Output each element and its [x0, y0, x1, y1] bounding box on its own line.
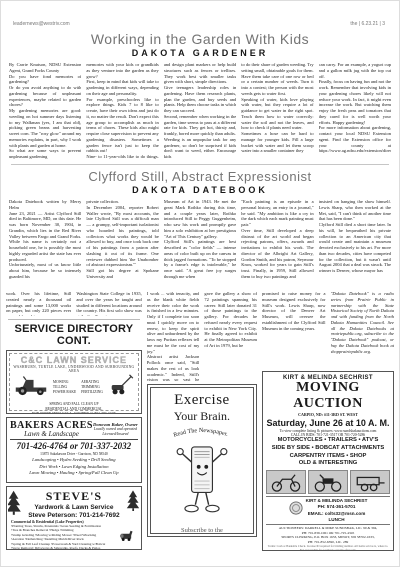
article2-column-4: "Each painting is an episode in a person…: [241, 199, 313, 289]
bakers-phones: 701-426-4764 or 701-337-2032: [10, 441, 138, 451]
exercise-subscribe-text: Subscribe to the Leader-News call 462-81…: [151, 526, 253, 537]
article2-cont-mid-2: gave the gallery a show of 72 paintings …: [204, 291, 257, 384]
article1-column-2: memories with your kids or grandkids as …: [86, 62, 158, 159]
auction-contact-text: KIRT & MELINDA SECHRIST PH: 574-361-5701…: [306, 498, 368, 523]
article-divider-rule: [11, 164, 389, 165]
article2-cont-left-1: work. Over his lifetime, Still created n…: [6, 291, 71, 316]
bakers-logo-sub: Lawn & Landscape: [10, 430, 93, 438]
auction-terms: Terms: Cash or Bankable Check. License I…: [266, 545, 390, 551]
masthead-email: leadernews@westriv.com: [13, 21, 70, 27]
ad-cc-lawn-service: C&C LAWN SERVICE WASHBURN, TURTLE LAKE, …: [6, 350, 142, 414]
exercise-inner: Exercise Your Brain. Read The Newspaper.: [150, 387, 254, 534]
service-directory-heading: SERVICE DIRECTORY CONT.: [6, 323, 142, 347]
article2-columns: Dakota Datebook written by Merry Helm Ju…: [1, 199, 399, 289]
article2-column-1: Dakota Datebook written by Merry Helm Ju…: [9, 199, 81, 289]
auction-datetime: Saturday, June 26 at 10 A. M.: [266, 418, 390, 428]
bakers-services: Landscaping • Hydro Seeding • Drill Seed…: [10, 457, 138, 477]
auction-seal-icon: [289, 501, 303, 520]
article2-cont-right: promised to raise money for a museum des…: [262, 291, 326, 371]
article1-column-5: can carry. For an example, a yogurt cup …: [319, 62, 391, 159]
cc-lawn-services-right: AERATING TRIMMING FERTILIZING: [81, 380, 103, 395]
auction-item-line: CARPENTRY ITEMS • SHOP: [266, 453, 390, 461]
bakers-logo: BAKERS ACRES Lawn & Landscape: [10, 420, 93, 438]
auction-auctioneers-info: AUCTIONEERS: DARRELL & MIKE SUNDSBAK, LI…: [266, 524, 390, 544]
ad-exercise-your-brain: Exercise Your Brain. Read The Newspaper.: [147, 384, 257, 537]
motorcycle-photo: [308, 470, 348, 494]
motorcycle-photo: [266, 470, 306, 494]
pine-trees-icon: [8, 489, 24, 520]
article2-continuation-left: work. Over his lifetime, Still created n…: [6, 291, 142, 316]
cc-lawn-services-left: MOWING TILLING POWER RAKE: [53, 380, 76, 395]
article1-kicker: DAKOTA GARDENER: [1, 48, 399, 58]
service-directory-rule: [8, 319, 140, 320]
snowblower-icon: [119, 528, 139, 546]
steves-service-line: •Snow Removal: Driveways & Sidewalks, Ro…: [11, 546, 139, 550]
riding-mower-icon: [14, 374, 48, 401]
bottom-section: work. Over his lifetime, Still created n…: [1, 289, 399, 554]
article1-columns: By Carrie Knutson, NDSU Extension Agent,…: [1, 62, 399, 159]
ad-cc-inner: C&C LAWN SERVICE WASHBURN, TURTLE LAKE, …: [9, 353, 139, 411]
article2-continuation-right: promised to raise money for a museum des…: [262, 291, 394, 371]
bakers-owner-block: Donovan Baker, Owner Locally owned and o…: [93, 422, 138, 436]
auction-contact-email: EMAIL: colts32@msn.com: [306, 511, 368, 517]
bakers-address: 13875 Sakakawea Drive - Garrison, ND 585…: [10, 452, 138, 456]
article1-title: Working in the Garden With Kids: [1, 31, 399, 47]
article2-column-2: private collection. In December 2004, re…: [86, 199, 158, 289]
exercise-zone: I work ... with tenacity, and as the bla…: [147, 291, 257, 554]
auction-title: MOVING AUCTION: [266, 380, 390, 412]
article1-column-3: and design plant markers or help build s…: [164, 62, 236, 159]
article2-kicker: DAKOTA DATEBOOK: [1, 185, 399, 195]
svg-text:Read The Newspaper.: Read The Newspaper.: [172, 427, 229, 439]
ad-steves-yardwork: STEVE'S Yardwork & Lawn Service Steve Pe…: [6, 486, 142, 550]
newspaper-page: leadernews@westriv.com the | 6.23.21 | 3…: [0, 0, 400, 567]
auction-zone: promised to raise money for a museum des…: [262, 291, 394, 554]
article2-datebook-promo: "Dakota Datebook" is a radio series from…: [331, 291, 395, 371]
cc-lawn-contact: FOR MORE INFO CALL: COOPER @ 701-286-660…: [12, 412, 136, 414]
ad-moving-auction: KIRT & MELINDA SECHRIST MOVING AUCTION C…: [262, 371, 394, 551]
article-dakota-datebook: Clyfford Still, Abstract Expressionist D…: [1, 169, 399, 289]
article2-cont-mid-1: I work ... with tenacity, and as the bla…: [147, 291, 200, 384]
article2-column-3: Museum of Art in 1943. He met the great …: [164, 199, 236, 289]
service-directory-zone: work. Over his lifetime, Still created n…: [6, 291, 142, 554]
bakers-header: BAKERS ACRES Lawn & Landscape Donovan Ba…: [10, 420, 138, 440]
exercise-arched-text: Read The Newspaper.: [152, 424, 252, 440]
article2-cont-left-2: Washington State College in 1935, and ov…: [76, 291, 141, 316]
pine-trees-icon: [126, 489, 140, 516]
steves-subtitle: Yardwork & Lawn Service: [9, 504, 139, 511]
cc-lawn-tagline: SPRING AND FALL CLEAN UP RESIDENTIAL AND…: [12, 402, 136, 411]
exercise-line2: Your Brain.: [151, 409, 253, 424]
auction-contact-block: KIRT & MELINDA SECHRIST PH: 574-361-5701…: [266, 496, 390, 523]
article2-column-5: insisted on hanging the show himself. Le…: [319, 199, 391, 289]
push-mower-icon: [108, 374, 134, 401]
masthead: leadernews@westriv.com the | 6.23.21 | 3: [1, 1, 399, 29]
auction-photo-strip: [266, 470, 390, 494]
cc-lawn-middle: MOWING TILLING POWER RAKE AERATING TRIMM…: [14, 374, 134, 401]
ad-bakers-acres: BAKERS ACRES Lawn & Landscape Donovan Ba…: [6, 417, 142, 483]
steves-contact: Steve Peterson: 701-214-7692: [9, 512, 139, 519]
article1-column-4: to do their share of garden weeding. Try…: [241, 62, 313, 159]
auction-lunch-note: LUNCH: [306, 517, 368, 523]
auction-item-line: SIDE BY SIDE • BOBCAT ATTACHMENTS: [266, 445, 390, 453]
bakers-owner-sub: Locally owned and operated Licensed/Insu…: [93, 427, 138, 436]
article2-continuation-middle: I work ... with tenacity, and as the bla…: [147, 291, 257, 384]
article1-column-1: By Carrie Knutson, NDSU Extension Agent,…: [9, 62, 81, 159]
auction-item-line: MOTORCYCLES • TRAILERS • ATV'S: [266, 437, 390, 445]
cc-lawn-name: C&C LAWN SERVICE: [12, 355, 136, 365]
newspaper-mascot-icon: [151, 445, 253, 524]
steves-name: STEVE'S: [9, 489, 139, 504]
auction-item-line: OLD & INTERESTING: [266, 460, 390, 468]
article2-title: Clyfford Still, Abstract Expressionist: [1, 169, 399, 184]
article-dakota-gardener: Working in the Garden With Kids DAKOTA G…: [1, 31, 399, 159]
cc-lawn-areas: WASHBURN, TURTLE LAKE, UNDERWOOD AND SUR…: [12, 365, 136, 373]
masthead-edition: the | 6.23.21 | 3: [350, 21, 385, 27]
exercise-line1: Exercise: [151, 392, 253, 409]
auction-location: CARPIO, ND: #11-3RD ST. WEST: [266, 412, 390, 417]
trailer-photo: [350, 470, 390, 494]
